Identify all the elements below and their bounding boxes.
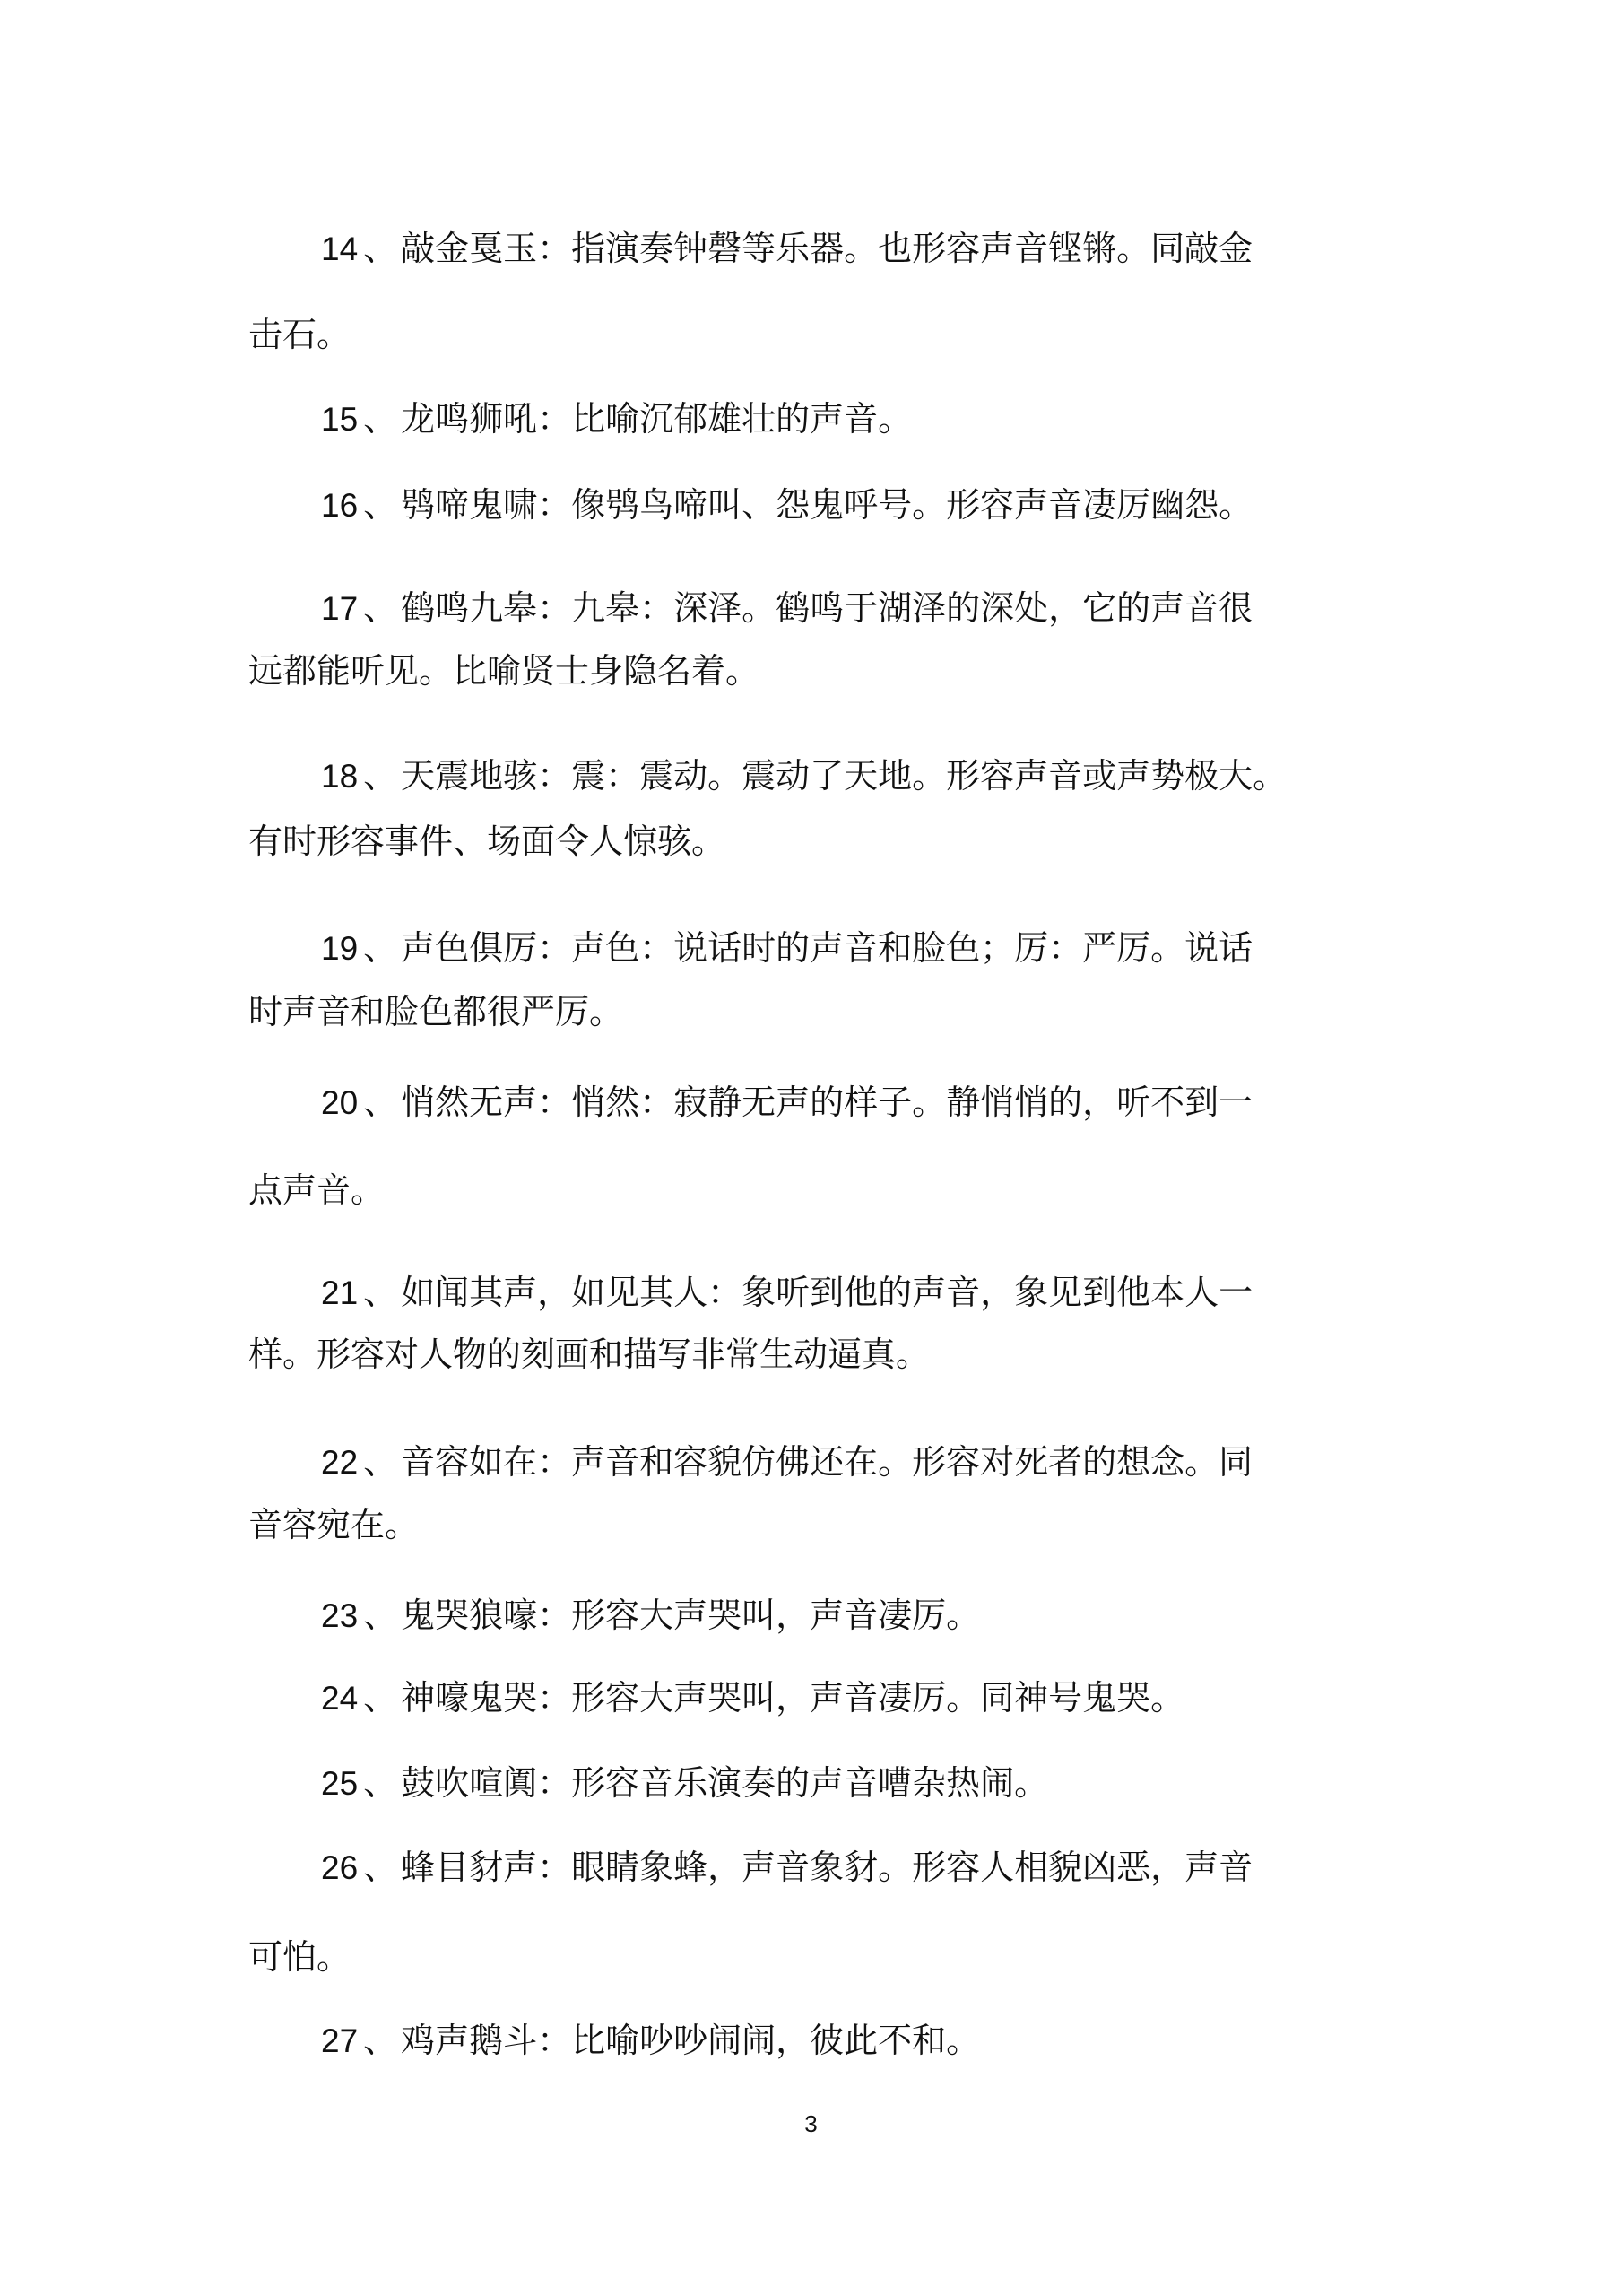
entry-number: 14	[321, 230, 358, 267]
entry-text: 声色俱厉：声色：说话时的声音和脸色；厉：严厉。说话	[401, 928, 1253, 968]
entry-23-line-1: 23、鬼哭狼嚎：形容大声哭叫，声音凄厉。	[321, 1597, 980, 1633]
entry-19-line-1: 19、声色俱厉：声色：说话时的声音和脸色；厉：严厉。说话	[321, 930, 1253, 966]
entry-14-line-2: 击石。	[248, 317, 351, 352]
entry-20-line-1: 20、悄然无声：悄然：寂静无声的样子。静悄悄的，听不到一	[321, 1084, 1253, 1120]
entry-text: 龙鸣狮吼：比喻沉郁雄壮的声音。	[401, 399, 912, 439]
entry-separator: 、	[363, 1442, 397, 1482]
entry-17-line-2: 远都能听见。比喻贤士身隐名着。	[248, 653, 759, 689]
document-page: 14、敲金戛玉：指演奏钟磬等乐器。也形容声音铿锵。同敲金 击石。 15、龙鸣狮吼…	[0, 0, 1622, 2296]
entry-text: 敲金戛玉：指演奏钟磬等乐器。也形容声音铿锵。同敲金	[401, 229, 1253, 268]
entry-number: 16	[321, 487, 358, 524]
entry-25-line-1: 25、鼓吹喧阗：形容音乐演奏的声音嘈杂热闹。	[321, 1765, 1048, 1801]
entry-16-line-1: 16、鸮啼鬼啸：像鸮鸟啼叫、怨鬼呼号。形容声音凄厉幽怨。	[321, 487, 1253, 523]
entry-number: 24	[321, 1680, 358, 1717]
entry-separator: 、	[363, 1273, 397, 1312]
entry-14-line-1: 14、敲金戛玉：指演奏钟磬等乐器。也形容声音铿锵。同敲金	[321, 230, 1253, 266]
entry-separator: 、	[363, 588, 397, 628]
entry-18-line-2: 有时形容事件、场面令人惊骇。	[248, 823, 725, 859]
entry-text: 神嚎鬼哭：形容大声哭叫，声音凄厉。同神号鬼哭。	[401, 1678, 1184, 1718]
entry-text: 天震地骇：震：震动。震动了天地。形容声音或声势极大。	[401, 756, 1287, 796]
entry-separator: 、	[363, 399, 397, 439]
entry-text: 鬼哭狼嚎：形容大声哭叫，声音凄厉。	[401, 1596, 980, 1635]
entry-text: 如闻其声，如见其人：象听到他的声音，象见到他本人一	[401, 1273, 1253, 1312]
entry-text: 鼓吹喧阗：形容音乐演奏的声音嘈杂热闹。	[401, 1763, 1048, 1803]
entry-19-line-2: 时声音和脸色都很严厉。	[248, 994, 623, 1030]
entry-number: 25	[321, 1765, 358, 1802]
entry-26-line-1: 26、蜂目豺声：眼睛象蜂，声音象豺。形容人相貌凶恶，声音	[321, 1849, 1253, 1885]
entry-separator: 、	[363, 2021, 397, 2060]
entry-separator: 、	[363, 1763, 397, 1803]
entry-separator: 、	[363, 485, 397, 525]
entry-number: 19	[321, 930, 358, 967]
entry-26-line-2: 可怕。	[248, 1939, 351, 1975]
entry-number: 18	[321, 758, 358, 795]
entry-number: 20	[321, 1084, 358, 1121]
entry-separator: 、	[363, 1678, 397, 1718]
entry-text: 鸡声鹅斗：比喻吵吵闹闹，彼此不和。	[401, 2021, 980, 2060]
entry-21-line-1: 21、如闻其声，如见其人：象听到他的声音，象见到他本人一	[321, 1274, 1253, 1310]
entry-number: 21	[321, 1274, 358, 1311]
entry-22-line-1: 22、音容如在：声音和容貌仿佛还在。形容对死者的想念。同	[321, 1444, 1253, 1480]
entry-separator: 、	[363, 928, 397, 968]
entry-separator: 、	[363, 229, 397, 268]
entry-18-line-1: 18、天震地骇：震：震动。震动了天地。形容声音或声势极大。	[321, 758, 1287, 794]
entry-text: 蜂目豺声：眼睛象蜂，声音象豺。形容人相貌凶恶，声音	[401, 1848, 1253, 1887]
entry-number: 17	[321, 590, 358, 627]
entry-17-line-1: 17、鹤鸣九皋：九皋：深泽。鹤鸣于湖泽的深处，它的声音很	[321, 590, 1253, 626]
entry-separator: 、	[363, 756, 397, 796]
entry-15-line-1: 15、龙鸣狮吼：比喻沉郁雄壮的声音。	[321, 401, 912, 437]
entry-separator: 、	[363, 1596, 397, 1635]
page-number: 3	[0, 2109, 1622, 2138]
entry-text: 鹤鸣九皋：九皋：深泽。鹤鸣于湖泽的深处，它的声音很	[401, 588, 1253, 628]
entry-separator: 、	[363, 1848, 397, 1887]
entry-21-line-2: 样。形容对人物的刻画和描写非常生动逼真。	[248, 1336, 930, 1372]
entry-number: 15	[321, 401, 358, 438]
entry-number: 23	[321, 1597, 358, 1634]
entry-22-line-2: 音容宛在。	[248, 1507, 419, 1543]
entry-number: 22	[321, 1444, 358, 1481]
entry-24-line-1: 24、神嚎鬼哭：形容大声哭叫，声音凄厉。同神号鬼哭。	[321, 1680, 1184, 1716]
entry-text: 鸮啼鬼啸：像鸮鸟啼叫、怨鬼呼号。形容声音凄厉幽怨。	[401, 485, 1253, 525]
entry-text: 悄然无声：悄然：寂静无声的样子。静悄悄的，听不到一	[401, 1083, 1253, 1122]
entry-number: 26	[321, 1849, 358, 1886]
entry-20-line-2: 点声音。	[248, 1172, 385, 1208]
entry-27-line-1: 27、鸡声鹅斗：比喻吵吵闹闹，彼此不和。	[321, 2022, 980, 2058]
entry-number: 27	[321, 2022, 358, 2059]
entry-text: 音容如在：声音和容貌仿佛还在。形容对死者的想念。同	[401, 1442, 1253, 1482]
entry-separator: 、	[363, 1083, 397, 1122]
